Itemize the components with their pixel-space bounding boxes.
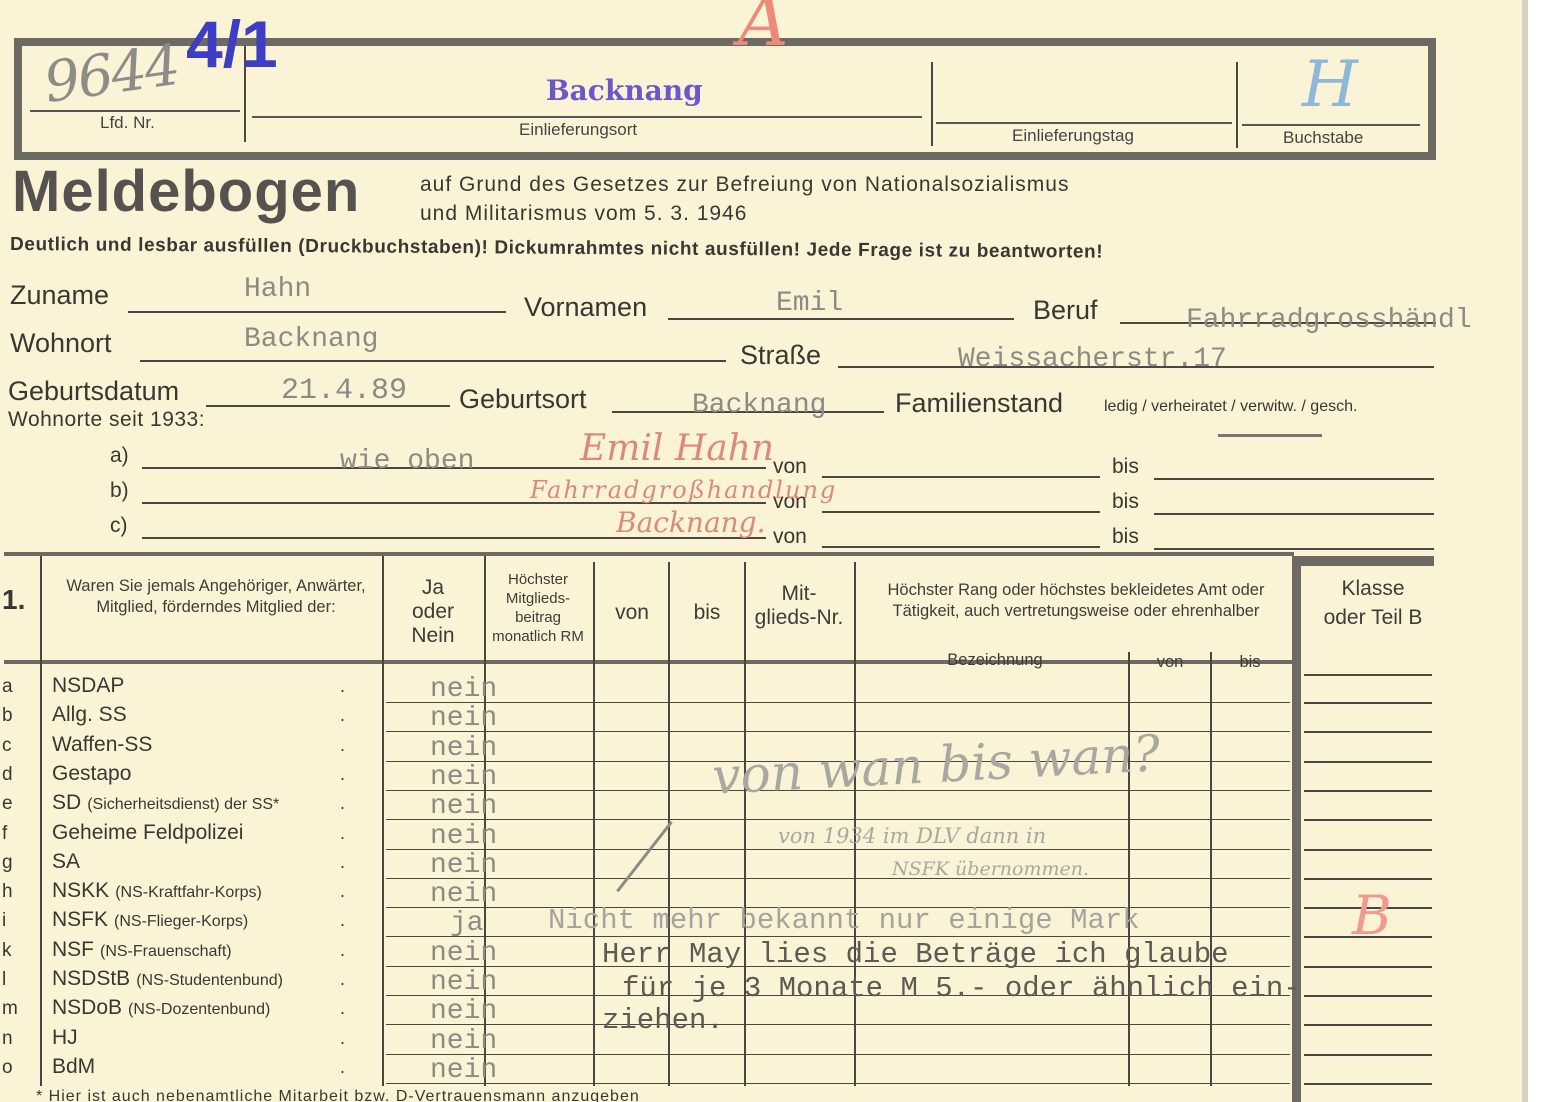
org-name: NSFK <box>52 908 108 931</box>
row-organization: NSFK(NS-Flieger-Korps) <box>52 908 248 932</box>
org-name: NSF <box>52 938 94 961</box>
klasse-column-border <box>1292 556 1301 1102</box>
row-organization: HJ <box>52 1026 84 1050</box>
row-organization: NSKK(NS-Kraftfahr-Korps) <box>52 879 262 903</box>
leader-dot: . <box>340 969 345 990</box>
divider <box>931 62 933 146</box>
org-name: NSDAP <box>52 674 124 697</box>
col-header-question: Waren Sie jemals Angehöriger, Anwärter, … <box>66 576 366 618</box>
wohnort-c-von-field[interactable] <box>822 546 1100 548</box>
org-subtitle: (Sicherheitsdienst) der SS* <box>87 796 279 813</box>
klasse-field[interactable] <box>1304 702 1432 704</box>
klasse-field[interactable] <box>1304 761 1432 763</box>
klasse-field[interactable] <box>1304 1024 1432 1026</box>
ja-nein-field[interactable]: nein <box>430 967 497 998</box>
stamp-name: Emil Hahn <box>580 428 774 469</box>
klasse-field[interactable] <box>1304 878 1432 880</box>
wohnort-b-von-field[interactable] <box>822 511 1100 513</box>
row-letter: c <box>2 735 12 757</box>
row-letter: o <box>2 1057 13 1079</box>
row-line <box>386 1024 1290 1025</box>
ja-nein-field[interactable]: ja <box>450 908 484 939</box>
leader-dot: . <box>340 910 345 931</box>
vornamen-field[interactable]: Emil <box>776 288 843 319</box>
row-organization: SD(Sicherheitsdienst) der SS* <box>52 791 279 815</box>
beruf-field[interactable]: Fahrradgrosshändl <box>1186 305 1472 336</box>
org-name: NSKK <box>52 879 109 902</box>
leader-dot: . <box>340 735 345 756</box>
zuname-field[interactable]: Hahn <box>244 274 311 305</box>
leader-dot: . <box>340 823 345 844</box>
row-letter: i <box>2 910 6 932</box>
org-subtitle: (NS-Frauenschaft) <box>100 943 232 960</box>
ja-nein-field[interactable]: nein <box>430 674 497 705</box>
footnote: * Hier ist auch nebenamtliche Mitarbeit … <box>36 1088 640 1102</box>
org-name: NSDStB <box>52 967 130 990</box>
org-name: Geheime Feldpolizei <box>52 821 243 844</box>
typed-note-4: ziehen. <box>602 1004 724 1037</box>
strasse-label: Straße <box>740 340 821 371</box>
divider <box>1236 62 1238 148</box>
col-header-rang-bis: bis <box>1212 652 1288 673</box>
wohnort-b-bis-field[interactable] <box>1154 513 1434 515</box>
row-line <box>386 1083 1290 1084</box>
form-subtitle-1: auf Grund des Gesetzes zur Befreiung von… <box>420 173 1069 197</box>
leader-dot: . <box>340 1057 345 1078</box>
org-name: SA <box>52 850 80 873</box>
row-letter: b <box>2 705 13 727</box>
leader-dot: . <box>340 998 345 1019</box>
row-line <box>386 819 1290 820</box>
page-edge <box>1522 0 1528 1102</box>
org-subtitle: (NS-Kraftfahr-Korps) <box>115 884 262 901</box>
geburtsort-label: Geburtsort <box>459 384 587 415</box>
geburtsdatum-label: Geburtsdatum <box>8 376 179 407</box>
pencil-note-detail-2: NSFK übernommen. <box>892 858 1089 880</box>
ja-nein-field[interactable]: nein <box>430 996 497 1027</box>
wohnort-label: Wohnort <box>10 328 112 359</box>
stamp-city: Backnang. <box>616 506 766 539</box>
leader-dot: . <box>340 1028 345 1049</box>
row-letter: l <box>2 969 6 991</box>
row-letter: e <box>2 793 13 815</box>
section-number: 1. <box>2 584 25 616</box>
org-name: HJ <box>52 1026 78 1049</box>
col-header-von: von <box>596 602 668 623</box>
typed-note-1: Nicht mehr bekannt nur einige Mark <box>548 904 1140 937</box>
familienstand-label: Familienstand <box>895 388 1063 419</box>
row-organization: NSF(NS-Frauenschaft) <box>52 938 232 962</box>
row-letter: d <box>2 764 13 786</box>
row-letter: g <box>2 852 13 874</box>
klasse-field[interactable] <box>1304 819 1432 821</box>
buchstabe-label: Buchstabe <box>1283 128 1363 148</box>
org-subtitle: (NS-Flieger-Korps) <box>114 913 248 930</box>
row-letter: k <box>2 940 12 962</box>
col-header-klasse: Klasse oder Teil B <box>1318 574 1428 632</box>
red-mark-top: A <box>738 0 789 62</box>
col-header-beitrag: Höchster Mitglieds-beitrag monatlich RM <box>490 570 586 646</box>
einlieferungsort-label: Einlieferungsort <box>519 120 637 140</box>
klasse-field[interactable] <box>1304 995 1432 997</box>
klasse-mark: B <box>1352 884 1392 947</box>
leader-dot: . <box>340 852 345 873</box>
ja-nein-field[interactable]: nein <box>430 791 497 822</box>
wohnort-a-bis-label: bis <box>1112 455 1139 479</box>
ja-nein-field[interactable]: nein <box>430 733 497 764</box>
row-organization: Geheime Feldpolizei <box>52 821 249 845</box>
row-line <box>386 1054 1290 1055</box>
wohnort-c-letter: c) <box>110 514 128 538</box>
row-organization: NSDoB(NS-Dozentenbund) <box>52 996 270 1020</box>
leader-dot: . <box>340 676 345 697</box>
row-line <box>386 702 1290 703</box>
col-header-bis: bis <box>670 602 744 623</box>
klasse-field[interactable] <box>1304 1054 1432 1056</box>
klasse-field[interactable] <box>1304 731 1432 733</box>
geburtsdatum-field[interactable]: 21.4.89 <box>281 374 407 408</box>
row-line <box>386 849 1290 850</box>
org-subtitle: (NS-Studentenbund) <box>136 972 283 989</box>
zuname-label: Zuname <box>10 280 109 311</box>
col-header-ja-nein: Ja oder Nein <box>398 576 468 648</box>
stamp-business: Fahrradgroßhandlung <box>530 476 837 504</box>
wohnort-a-von-field[interactable] <box>822 476 1100 478</box>
row-organization: Waffen-SS <box>52 733 158 757</box>
vornamen-label: Vornamen <box>524 292 647 323</box>
row-letter: a <box>2 676 13 698</box>
ja-nein-field[interactable]: nein <box>430 762 497 793</box>
col-header-rang: Höchster Rang oder höchstes bekleidetes … <box>862 580 1290 622</box>
geburtsort-field[interactable]: Backnang <box>692 390 826 421</box>
buchstabe-value: H <box>1302 48 1358 122</box>
beruf-label: Beruf <box>1033 295 1098 326</box>
wohnort-a-field[interactable]: wie oben <box>340 446 474 477</box>
wohnort-c-bis-field[interactable] <box>1154 548 1434 550</box>
col-header-mitglieds-nr: Mit-glieds-Nr. <box>754 582 844 630</box>
row-organization: Gestapo <box>52 762 137 786</box>
row-letter: h <box>2 881 13 903</box>
ja-nein-field[interactable]: nein <box>430 1026 497 1057</box>
wohnort-c-bis-label: bis <box>1112 525 1139 549</box>
col-header-bezeichnung: Bezeichnung <box>862 650 1128 671</box>
leader-dot: . <box>340 793 345 814</box>
einlieferungsort-stamp: Backnang <box>546 74 703 107</box>
row-letter: n <box>2 1028 13 1050</box>
wohnort-b-bis-label: bis <box>1112 490 1139 514</box>
klasse-field[interactable] <box>1304 1083 1432 1085</box>
klasse-field[interactable] <box>1304 790 1432 792</box>
wohnort-field[interactable]: Backnang <box>244 324 378 355</box>
row-organization: NSDAP <box>52 674 130 698</box>
klasse-field[interactable] <box>1304 966 1432 968</box>
row-line <box>386 878 1290 879</box>
leader-dot: . <box>340 940 345 961</box>
leader-dot: . <box>340 881 345 902</box>
leader-dot: . <box>340 705 345 726</box>
pencil-note-detail-1: von 1934 im DLV dann in <box>778 824 1046 848</box>
org-name: NSDoB <box>52 996 122 1019</box>
org-name: SD <box>52 791 81 814</box>
familienstand-options[interactable]: ledig / verheiratet / verwitw. / gesch. <box>1104 398 1357 416</box>
org-name: Gestapo <box>52 762 131 785</box>
form-subtitle-2: und Militarismus vom 5. 3. 1946 <box>420 202 747 226</box>
ja-nein-field[interactable]: nein <box>430 850 497 881</box>
ja-nein-field[interactable]: nein <box>430 821 497 852</box>
row-letter: m <box>2 998 18 1020</box>
org-name: BdM <box>52 1055 95 1078</box>
row-organization: BdM <box>52 1055 101 1079</box>
ja-nein-field[interactable]: nein <box>430 879 497 910</box>
row-organization: Allg. SS <box>52 703 133 727</box>
col-header-rang-von: von <box>1130 652 1210 673</box>
lfd-nr-annotation: 4/1 <box>186 6 278 82</box>
wohnort-a-letter: a) <box>110 444 129 468</box>
lfd-nr-label: Lfd. Nr. <box>100 113 155 133</box>
org-name: Allg. SS <box>52 703 127 726</box>
row-organization: SA <box>52 850 86 874</box>
typed-note-3: für je 3 Monate M 5.- oder ähnlich ein- <box>622 972 1301 1005</box>
einlieferungstag-label: Einlieferungstag <box>1012 126 1134 146</box>
org-name: Waffen-SS <box>52 733 152 756</box>
klasse-field[interactable] <box>1304 849 1432 851</box>
ja-nein-field[interactable]: nein <box>430 938 497 969</box>
wohnort-c-von-label: von <box>773 525 807 549</box>
ja-nein-field[interactable]: nein <box>430 1055 497 1086</box>
leader-dot: . <box>340 764 345 785</box>
org-subtitle: (NS-Dozentenbund) <box>128 1001 270 1018</box>
ja-nein-field[interactable]: nein <box>430 703 497 734</box>
wohnorte-label: Wohnorte seit 1933: <box>8 408 205 432</box>
row-organization: NSDStB(NS-Studentenbund) <box>52 967 283 991</box>
strasse-field[interactable]: Weissacherstr.17 <box>958 344 1227 375</box>
form-title: Meldebogen <box>12 158 360 225</box>
wohnort-a-bis-field[interactable] <box>1154 478 1434 480</box>
typed-note-2: Herr May lies die Beträge ich glaube <box>602 938 1229 971</box>
row-letter: f <box>2 823 7 845</box>
familienstand-underline <box>1218 434 1322 437</box>
wohnort-b-letter: b) <box>110 479 129 503</box>
